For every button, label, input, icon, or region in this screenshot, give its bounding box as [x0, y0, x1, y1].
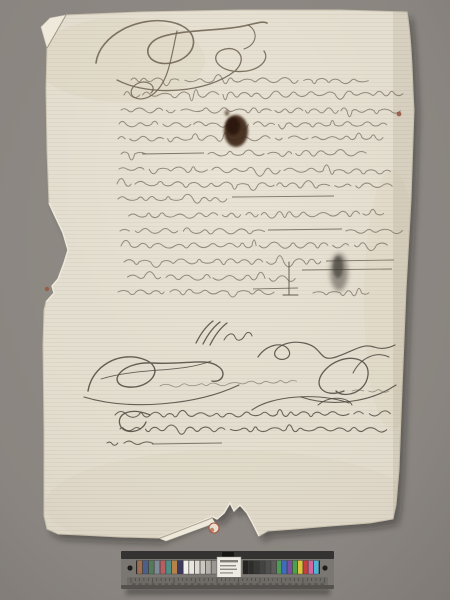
color-chip — [271, 561, 276, 575]
color-chip — [303, 561, 308, 575]
ruler-microtext — [321, 584, 325, 585]
color-chip — [249, 561, 254, 575]
ruler-microtext — [249, 584, 253, 585]
color-calibration-bar — [121, 551, 334, 595]
ruler-microtext — [197, 584, 201, 585]
ruler-microtext — [256, 584, 260, 585]
ruler-microtext — [243, 584, 247, 585]
color-chip — [287, 561, 292, 575]
bar-bottom-edge — [121, 585, 334, 589]
paper-spot — [45, 287, 49, 291]
color-chip — [154, 561, 159, 575]
ruler-microtext — [217, 584, 221, 585]
ruler-microtext — [269, 584, 273, 585]
ruler-microtext — [204, 584, 208, 585]
color-chip — [189, 561, 194, 575]
chip-end-cap — [136, 561, 137, 575]
ruler-microtext — [282, 584, 286, 585]
archival-photo — [0, 0, 450, 600]
color-chip — [149, 561, 154, 575]
ruler-microtext — [262, 584, 266, 585]
color-chip — [178, 561, 183, 575]
ruler-microtext — [314, 584, 318, 585]
color-chip — [298, 561, 303, 575]
bar-shadow — [126, 588, 330, 595]
ruler-microtext — [171, 584, 175, 585]
color-chip — [277, 561, 282, 575]
color-chip — [160, 561, 165, 575]
manuscript-paper — [0, 0, 450, 600]
ruler-microtext — [308, 584, 312, 585]
ruler-microtext — [223, 584, 227, 585]
color-chip — [282, 561, 287, 575]
color-chip — [293, 561, 298, 575]
ruler-microtext — [158, 584, 162, 585]
ruler-microtext — [132, 584, 136, 585]
ruler-microtext — [152, 584, 156, 585]
ink-blot — [225, 110, 230, 116]
color-chip — [206, 561, 211, 575]
color-chip — [243, 561, 248, 575]
ruler-microtext — [230, 584, 234, 585]
ink-blot — [226, 117, 240, 135]
color-chip — [143, 561, 148, 575]
ruler-microtext — [184, 584, 188, 585]
ruler-microtext — [295, 584, 299, 585]
color-chip — [211, 561, 216, 575]
left-screw — [127, 565, 132, 570]
ruler-microtext — [288, 584, 292, 585]
ink-blot — [333, 256, 343, 278]
ruler-microtext — [139, 584, 143, 585]
ruler-microtext — [145, 584, 149, 585]
ruler-microtext — [165, 584, 169, 585]
ruler-microtext — [178, 584, 182, 585]
ruler-microtext — [301, 584, 305, 585]
ruler-microtext — [210, 584, 214, 585]
color-chip — [260, 561, 265, 575]
right-screw — [322, 565, 327, 570]
color-chip — [254, 561, 259, 575]
color-chip — [314, 561, 319, 575]
color-chip — [137, 561, 142, 575]
photo-canvas — [0, 0, 450, 600]
ruler-microtext — [191, 584, 195, 585]
color-chip — [195, 561, 200, 575]
ruler-microtext — [236, 584, 240, 585]
color-chip — [200, 561, 205, 575]
ruler-microtext — [275, 584, 279, 585]
paper-spot — [210, 528, 214, 532]
color-chip — [172, 561, 177, 575]
paper-spot — [397, 112, 402, 117]
color-chip — [166, 561, 171, 575]
color-chip — [265, 561, 270, 575]
color-chip — [308, 561, 313, 575]
chip-end-cap — [319, 561, 320, 575]
color-chip — [183, 561, 188, 575]
